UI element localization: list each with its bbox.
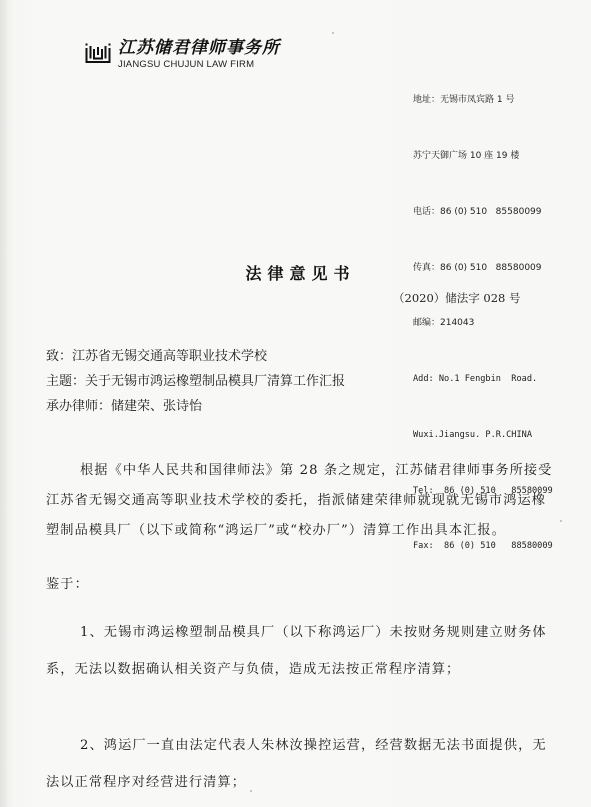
scan-speck xyxy=(560,520,562,522)
address-en-line-2: Wuxi.Jiangsu. P.R.CHINA xyxy=(413,426,553,445)
document-title: 法律意见书 xyxy=(0,261,591,284)
phone-cn: 电话：86 (0) 510 85580099 xyxy=(413,203,553,222)
document-page: 江苏储君律师事务所 JIANGSU CHUJUN LAW FIRM 地址：无锡市… xyxy=(0,0,591,807)
whereas-item-1: 1、无锡市鸿运橡塑制品模具厂（以下称鸿运厂）未按财务规则建立财务体系，无法以数据… xyxy=(46,614,556,688)
firm-name-cn: 江苏储君律师事务所 xyxy=(118,38,280,58)
subject-field: 主题：关于无锡市鸿运橡塑制品模具厂清算工作汇报 xyxy=(46,369,345,394)
document-number: （2020）储法字 028 号 xyxy=(393,290,521,306)
scan-speck xyxy=(250,790,252,792)
firm-name-en: JIANGSU CHUJUN LAW FIRM xyxy=(118,59,280,70)
whereas-item-2: 2、鸿运厂一直由法定代表人朱林汝操控运营，经营数据无法书面提供，无法以正常程序对… xyxy=(46,727,556,801)
recipient-field: 致：江苏省无锡交通高等职业技术学校 xyxy=(46,344,345,369)
intro-paragraph: 根据《中华人民共和国律师法》第 28 条之规定，江苏储君律师事务所接受江苏省无锡… xyxy=(46,456,556,546)
law-firm-logo-icon xyxy=(84,42,112,64)
whereas-heading: 鉴于： xyxy=(46,570,556,600)
address-cn-line-2: 苏宁天御广场 10 座 19 楼 xyxy=(413,147,553,166)
postcode: 邮编：214043 xyxy=(413,314,553,333)
lawyers-field: 承办律师：储建荣、张诗怡 xyxy=(46,394,345,419)
address-cn-line-1: 地址：无锡市凤宾路 1 号 xyxy=(413,91,553,110)
header-fields: 致：江苏省无锡交通高等职业技术学校 主题：关于无锡市鸿运橡塑制品模具厂清算工作汇… xyxy=(46,344,345,419)
firm-logo: 江苏储君律师事务所 JIANGSU CHUJUN LAW FIRM xyxy=(84,38,280,70)
scan-edge-shadow xyxy=(0,0,8,807)
address-en-line-1: Add: No.1 Fengbin Road. xyxy=(413,370,553,389)
scan-speck xyxy=(332,32,334,34)
